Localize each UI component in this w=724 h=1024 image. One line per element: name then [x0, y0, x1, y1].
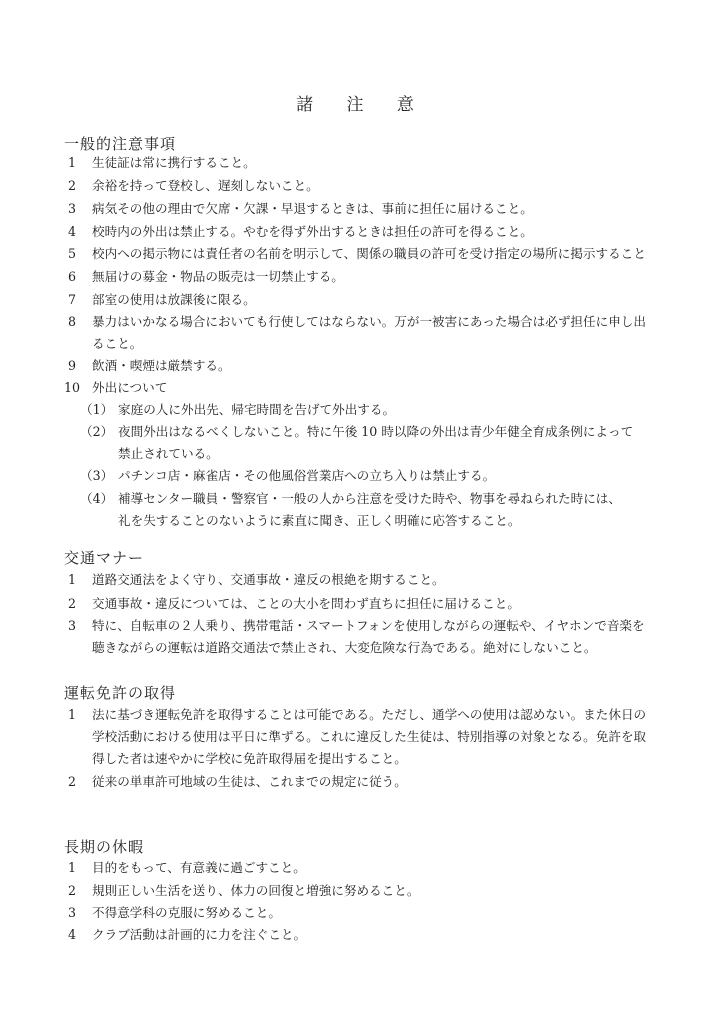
- list-item: 外出について: [92, 380, 167, 396]
- page-title: 諸 注 意: [0, 90, 724, 115]
- list-item: 無届けの募金・物品の販売は一切禁止する。: [92, 269, 344, 285]
- list-item-continuation: 聴きながらの運転は道路交通法で禁止され、大変危険な行為である。絶対にしないこと。: [92, 640, 597, 656]
- subitem-continuation: 禁止されている。: [118, 446, 219, 462]
- item-number: 4: [68, 927, 76, 943]
- list-item: 病気その他の理由で欠席・欠課・早退するときは、事前に担任に届けること。: [92, 201, 533, 217]
- list-item: 暴力はいかなる場合においても行使してはならない。万が一被害にあった場合は必ず担任…: [92, 314, 646, 330]
- section-heading-vacation: 長期の休暇: [64, 836, 144, 857]
- item-number: 10: [64, 380, 80, 396]
- list-item-continuation: 学校活動における使用は平日に準ずる。これに違反した生徒は、特別指導の対象となる。…: [92, 729, 646, 745]
- item-number: 3: [68, 905, 76, 921]
- list-item: 従来の単車許可地域の生徒は、これまでの規定に従う。: [92, 774, 407, 790]
- list-item: 特に、自転車の２人乗り、携帯電話・スマートフォンを使用しながらの運転や、イヤホン…: [92, 618, 645, 634]
- list-item: 生徒証は常に携行すること。: [92, 155, 256, 171]
- list-item: 法に基づき運転免許を取得することは可能である。ただし、通学への使用は認めない。ま…: [92, 707, 646, 723]
- list-item: 飲酒・喫煙は厳禁する。: [92, 358, 231, 374]
- subitem: 家庭の人に外出先、帰宅時間を告げて外出する。: [118, 402, 395, 418]
- subitem: 補導センター職員・警察官・一般の人から注意を受けた時や、物事を尋ねられた時には、: [118, 491, 621, 507]
- item-number: 1: [68, 155, 76, 171]
- subitem: パチンコ店・麻雀店・その他風俗営業店への立ち入りは禁止する。: [118, 468, 495, 484]
- list-item: 不得意学科の克服に努めること。: [92, 905, 281, 921]
- list-item: 校時内の外出は禁止する。やむを得ず外出するときは担任の許可を得ること。: [92, 224, 533, 240]
- item-number: 1: [68, 707, 76, 723]
- item-number: 2: [68, 883, 76, 899]
- list-item: 交通事故・違反については、ことの大小を問わず直ちに担任に届けること。: [92, 596, 520, 612]
- subitem-number: （4）: [80, 491, 113, 507]
- item-number: 3: [68, 618, 76, 634]
- item-number: 3: [68, 201, 76, 217]
- list-item: 規則正しい生活を送り、体力の回復と増強に努めること。: [92, 883, 419, 899]
- item-number: 2: [68, 596, 76, 612]
- list-item-continuation: 得した者は速やかに学校に免許取得届を提出すること。: [92, 751, 407, 767]
- item-number: 2: [68, 178, 76, 194]
- list-item: 校内への掲示物には責任者の名前を明示して、関係の職員の許可を受け指定の場所に掲示…: [92, 246, 646, 262]
- list-item: 道路交通法をよく守り、交通事故・違反の根絶を期すること。: [92, 572, 445, 588]
- subitem: 夜間外出はなるべくしないこと。特に午後 10 時以降の外出は青少年健全育成条例に…: [118, 424, 633, 440]
- subitem-number: （2）: [80, 424, 113, 440]
- item-number: 1: [68, 860, 76, 876]
- list-item: 目的をもって、有意義に過ごすこと。: [92, 860, 306, 876]
- item-number: 1: [68, 572, 76, 588]
- item-number: 4: [68, 224, 76, 240]
- item-number: 5: [68, 246, 76, 262]
- list-item: 部室の使用は放課後に限る。: [92, 292, 256, 308]
- item-number: 9: [68, 358, 76, 374]
- subitem-number: （3）: [80, 468, 113, 484]
- section-heading-license: 運転免許の取得: [64, 682, 176, 703]
- item-number: 8: [68, 314, 76, 330]
- item-number: 2: [68, 774, 76, 790]
- subitem-number: （1）: [80, 402, 113, 418]
- section-heading-traffic: 交通マナー: [64, 547, 144, 568]
- subitem-continuation: 礼を失することのないように素直に聞き、正しく明確に応答すること。: [118, 513, 521, 529]
- list-item: クラブ活動は計画的に力を注ぐこと。: [92, 927, 306, 943]
- list-item-continuation: ること。: [92, 336, 142, 352]
- list-item: 余裕を持って登校し、遅刻しないこと。: [92, 178, 319, 194]
- item-number: 7: [68, 292, 76, 308]
- item-number: 6: [68, 269, 76, 285]
- section-heading-general: 一般的注意事項: [64, 133, 176, 154]
